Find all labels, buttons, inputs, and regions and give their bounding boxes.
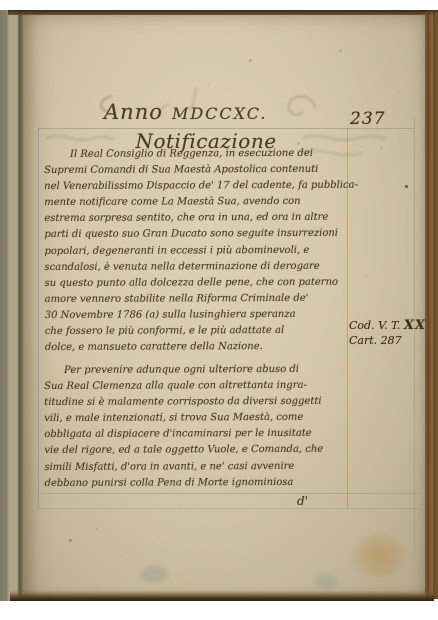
manuscript-line: Il Real Consiglio di Reggenza, in esecuz… <box>44 146 350 163</box>
catchword: d' <box>297 494 308 508</box>
margin-note-leaf: Cart. 287 <box>349 333 427 348</box>
manuscript-line: parti di questo suo Gran Ducato sono seg… <box>44 226 350 243</box>
year-word: Anno <box>104 100 163 124</box>
manuscript-line: Per prevenire adunque ogni ulteriore abu… <box>44 362 350 379</box>
manuscript-line: 30 Novembre 1786 (a) sulla lusinghiera s… <box>45 307 351 324</box>
margin-note-reference: Cod. V. T. XX <box>349 318 427 333</box>
paragraph-2: Per prevenire adunque ogni ulteriore abu… <box>44 362 351 492</box>
manuscript-line: scandalosi, è venuta nella determinazion… <box>44 258 350 275</box>
frame-line-catchword <box>38 508 420 509</box>
year-roman-numeral: MDCCXC. <box>172 104 268 123</box>
paragraph-1: Il Real Consiglio di Reggenza, in esecuz… <box>44 146 351 357</box>
manuscript-scan: Anno MDCCXC. 237 Notificazione Il Real C… <box>0 0 438 620</box>
manuscript-line: simili Misfatti, d'ora in avanti, e ne' … <box>44 458 350 475</box>
manuscript-line: estrema sorpresa sentito, che ora in una… <box>44 210 350 227</box>
frame-line-bottom <box>38 493 420 494</box>
manuscript-line: nel Venerabilissimo Dispaccio de' 17 del… <box>44 178 350 195</box>
manuscript-line: Sua Real Clemenza alla quale con altrett… <box>44 378 350 395</box>
manuscript-line: obbligata al dispiacere d'incaminarsi pe… <box>44 426 350 443</box>
year-heading: Anno MDCCXC. <box>104 100 268 124</box>
frame-line-left <box>38 128 39 509</box>
manuscript-line: popolari, degeneranti in eccessi i più a… <box>44 242 350 259</box>
manuscript-line: dolce, e mansueto carattere della Nazion… <box>45 339 351 356</box>
manuscript-line: mente notificare come La Maestà Sua, ave… <box>44 194 350 211</box>
margin-archival-note: Cod. V. T. XX Cart. 287 <box>349 318 427 348</box>
manuscript-line: titudine si è malamente corrisposto da d… <box>44 394 350 411</box>
folio-number: 237 <box>350 109 385 129</box>
manuscript-line: debbano punirsi colla Pena di Morte igno… <box>44 474 350 491</box>
book-bottom-edge <box>10 590 434 601</box>
manuscript-line: su questo punto alla dolcezza delle pene… <box>45 274 351 291</box>
manuscript-line: Supremi Comandi di Sua Maestà Apostolica… <box>44 162 350 179</box>
manuscript-line: vili, e male intenzionati, si trova Sua … <box>44 410 350 427</box>
manuscript-line: amore vennero stabilite nella Riforma Cr… <box>45 291 351 308</box>
book-page-block-edge <box>425 12 438 599</box>
paper-speckles <box>0 0 1 1</box>
manuscript-line: vie del rigore, ed a tale oggetto Vuole,… <box>44 442 350 459</box>
margin-note-volume: XX <box>404 318 426 333</box>
book-top-edge <box>8 10 438 15</box>
binding-gutter <box>0 10 24 601</box>
manuscript-line: che fossero le più conformi, e le più ad… <box>45 323 351 340</box>
